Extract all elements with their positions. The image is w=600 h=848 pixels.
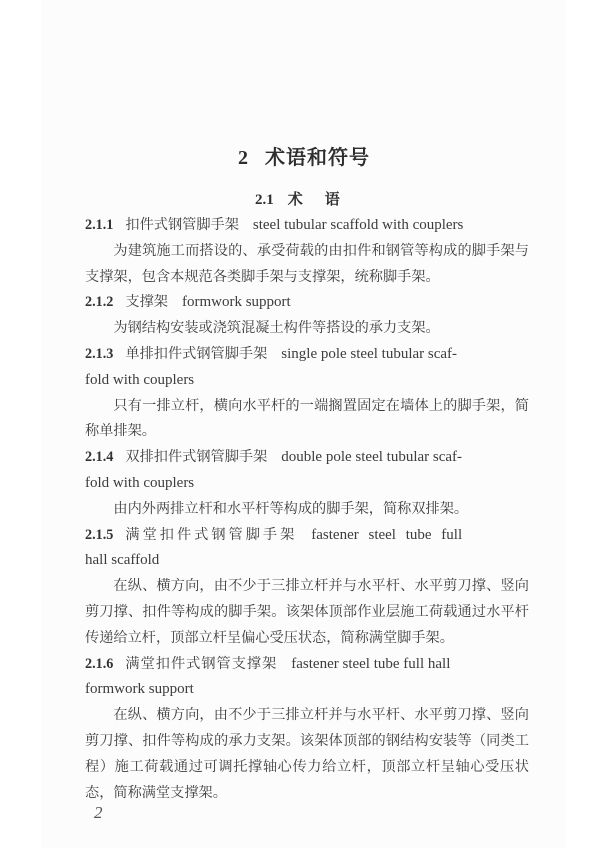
- term-heading: 2.1.1扣件式钢管脚手架steel tubular scaffold with…: [85, 213, 529, 239]
- section-title-part1: 术: [288, 192, 303, 208]
- term-english-continued: hall scaffold: [85, 548, 529, 574]
- term-chinese: 双排扣件式钢管脚手架: [125, 449, 267, 465]
- term-definition: 在纵、横方向，由不少于三排立杆并与水平杆、水平剪刀撑、竖向剪刀撑、扣件等构成的脚…: [85, 574, 529, 651]
- term-english: fastener steel tube full: [311, 527, 462, 543]
- term-english-continued: fold with couplers: [85, 368, 529, 394]
- term-number: 2.1.5: [85, 527, 113, 543]
- term-heading: 2.1.2支撑架formwork support: [85, 290, 529, 316]
- term-entry: 2.1.3单排扣件式钢管脚手架single pole steel tubular…: [85, 342, 529, 445]
- term-chinese: 单排扣件式钢管脚手架: [125, 346, 267, 362]
- term-entry: 2.1.2支撑架formwork support 为钢结构安装或浇筑混凝土构件等…: [85, 290, 529, 342]
- term-chinese: 支撑架: [125, 294, 168, 310]
- term-chinese: 满堂扣件式钢管支撑架: [125, 656, 277, 672]
- term-english-continued: formwork support: [85, 677, 529, 703]
- term-number: 2.1.6: [85, 656, 113, 672]
- term-definition: 为钢结构安装或浇筑混凝土构件等搭设的承力支架。: [85, 316, 529, 342]
- term-number: 2.1.3: [85, 346, 113, 362]
- term-english: double pole steel tubular scaf-: [281, 449, 462, 465]
- term-english: fastener steel tube full hall: [291, 656, 450, 672]
- term-english: steel tubular scaffold with couplers: [253, 217, 464, 233]
- term-definition: 由内外两排立杆和水平杆等构成的脚手架，简称双排架。: [85, 497, 529, 523]
- term-heading: 2.1.4双排扣件式钢管脚手架double pole steel tubular…: [85, 445, 529, 471]
- terms-list: 2.1.1扣件式钢管脚手架steel tubular scaffold with…: [85, 213, 529, 806]
- term-entry: 2.1.1扣件式钢管脚手架steel tubular scaffold with…: [85, 213, 529, 290]
- term-entry: 2.1.5满堂扣件式钢管脚手架fastener steel tube full …: [85, 523, 529, 652]
- term-definition: 只有一排立杆，横向水平杆的一端搁置固定在墙体上的脚手架，简称单排架。: [85, 394, 529, 446]
- section-title-part2: 语: [325, 192, 340, 208]
- term-chinese: 扣件式钢管脚手架: [125, 217, 239, 233]
- term-heading: 2.1.3单排扣件式钢管脚手架single pole steel tubular…: [85, 342, 529, 368]
- term-english: formwork support: [182, 294, 291, 310]
- term-definition: 在纵、横方向，由不少于三排立杆并与水平杆、水平剪刀撑、竖向剪刀撑、扣件等构成的承…: [85, 703, 529, 806]
- section-number: 2.1: [255, 192, 274, 208]
- page-number: 2: [94, 803, 103, 823]
- chapter-number: 2: [238, 147, 249, 169]
- term-english: single pole steel tubular scaf-: [281, 346, 457, 362]
- term-number: 2.1.1: [85, 217, 113, 233]
- chapter-title: 2术语和符号: [238, 141, 370, 170]
- chapter-title-text: 术语和符号: [265, 147, 370, 169]
- term-definition: 为建筑施工而搭设的、承受荷载的由扣件和钢管等构成的脚手架与支撑架，包含本规范各类…: [85, 239, 529, 291]
- section-title: 2.1术语: [255, 188, 340, 209]
- term-english-continued: fold with couplers: [85, 471, 529, 497]
- term-entry: 2.1.6满堂扣件式钢管支撑架fastener steel tube full …: [85, 652, 529, 807]
- term-entry: 2.1.4双排扣件式钢管脚手架double pole steel tubular…: [85, 445, 529, 522]
- term-number: 2.1.4: [85, 449, 113, 465]
- term-chinese: 满堂扣件式钢管脚手架: [125, 527, 297, 543]
- term-heading: 2.1.5满堂扣件式钢管脚手架fastener steel tube full: [85, 523, 529, 549]
- term-heading: 2.1.6满堂扣件式钢管支撑架fastener steel tube full …: [85, 652, 529, 678]
- term-number: 2.1.2: [85, 294, 113, 310]
